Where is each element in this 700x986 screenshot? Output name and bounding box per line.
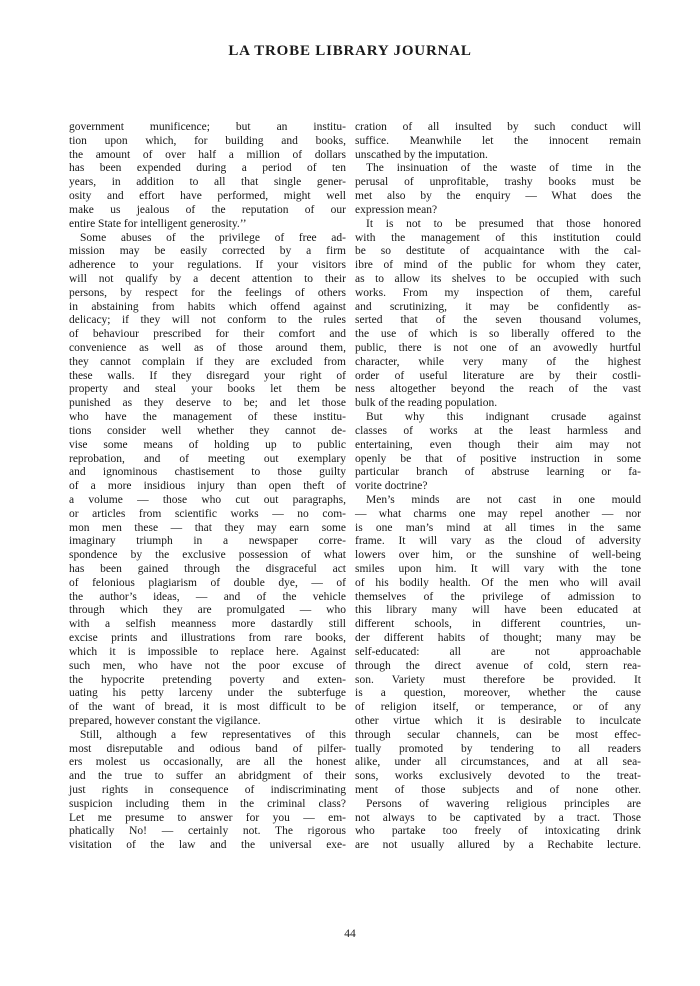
text-line: reprobation, and of meeting out exemplar… (69, 453, 346, 467)
text-line: with the management of this institution … (355, 232, 641, 246)
text-line: vorite doctrine? (355, 480, 641, 494)
text-column-left: government munificence; but an institu-t… (69, 121, 346, 853)
text-line: cration of all insulted by such conduct … (355, 121, 641, 135)
text-line: a volume — those who cut out paragraphs, (69, 494, 346, 508)
text-line: be so destitute of acquaintance with the… (355, 245, 641, 259)
text-line: bulk of the reading population. (355, 397, 641, 411)
text-line: prepared, however constant the vigilance… (69, 715, 346, 729)
page-number: 44 (0, 928, 700, 940)
text-line: lowers over him, or the sunshine of well… (355, 549, 641, 563)
text-line: uating his petty larceny under the subte… (69, 687, 346, 701)
text-line: unscathed by the imputation. (355, 149, 641, 163)
text-line: themselves of the privilege of admission… (355, 591, 641, 605)
text-line: ment of those subjects and of none other… (355, 784, 641, 798)
text-line: ibre of mind of the public for whom they… (355, 259, 641, 273)
text-line: suffice. Meanwhile let the innocent rema… (355, 135, 641, 149)
text-line: who have the management of these institu… (69, 411, 346, 425)
text-line: just rights in consequence of indiscrimi… (69, 784, 346, 798)
text-line: met also by the enquiry — What does the (355, 190, 641, 204)
text-line: of religion itself, or temperance, or of… (355, 701, 641, 715)
text-line: delicacy; if they will not conform to th… (69, 314, 346, 328)
text-line: vise some means of holding up to public (69, 439, 346, 453)
text-line: But why this indignant crusade against (355, 411, 641, 425)
text-line: convenience as well as of those around t… (69, 342, 346, 356)
text-line: visitation of the law and the universal … (69, 839, 346, 853)
text-line: in abstaining from habits which offend a… (69, 301, 346, 315)
text-line: through secular channels, can be most ef… (355, 729, 641, 743)
text-line: Some abuses of the privilege of free ad- (69, 232, 346, 246)
text-line: public, there is not one of an avowedly … (355, 342, 641, 356)
text-line: and ignominous chastisement to those gui… (69, 466, 346, 480)
journal-title: LA TROBE LIBRARY JOURNAL (0, 43, 700, 60)
text-line: self-educated: all are not approachable (355, 646, 641, 660)
text-line: property and steal your books let them b… (69, 383, 346, 397)
text-line: of the want of bread, it is most difficu… (69, 701, 346, 715)
text-line: entertaining, even though their aim may … (355, 439, 641, 453)
text-line: make us jealous of the reputation of our (69, 204, 346, 218)
text-line: which it is impossible to replace here. … (69, 646, 346, 660)
text-line: of felonious plagiarism of double dye, —… (69, 577, 346, 591)
text-line: ers molest us occasionally, are all the … (69, 756, 346, 770)
text-line: and the true to suffer an abridgment of … (69, 770, 346, 784)
text-line: government munificence; but an institu- (69, 121, 346, 135)
text-line: character, while very many of the highes… (355, 356, 641, 370)
text-line: is one man’s mind at all times in the sa… (355, 522, 641, 536)
text-line: sons, works exclusively devoted to the t… (355, 770, 641, 784)
text-line: order of useful literature are by their … (355, 370, 641, 384)
text-line: different schools, in different countrie… (355, 618, 641, 632)
text-column-right: cration of all insulted by such conduct … (355, 121, 641, 853)
text-line: imaginary triumph in a newspaper corre- (69, 535, 346, 549)
text-line: through the direct avenue of cold, stern… (355, 660, 641, 674)
text-line: the author’s ideas, — and of the vehicle (69, 591, 346, 605)
text-line: are not usually allured by a Rechabite l… (355, 839, 641, 853)
text-line: Men’s minds are not cast in one mould (355, 494, 641, 508)
text-line: these walls. If they disregard your righ… (69, 370, 346, 384)
text-line: years, in addition to all that single ge… (69, 176, 346, 190)
text-line: this library many will have been educate… (355, 604, 641, 618)
text-line: excise prints and illustrations from rar… (69, 632, 346, 646)
text-line: who partake too freely of intoxicating d… (355, 825, 641, 839)
text-line: of behaviour prescribed for their comfor… (69, 328, 346, 342)
text-line: serted that of the seven thousand volume… (355, 314, 641, 328)
text-line: mission may be easily corrected by a fir… (69, 245, 346, 259)
text-line: mon men these — that they may earn some (69, 522, 346, 536)
text-line: alike, under all circumstances, and at a… (355, 756, 641, 770)
text-line: has been expended during a period of ten (69, 162, 346, 176)
text-line: as to allow its shelves to be occupied w… (355, 273, 641, 287)
text-line: suspicion including them in the criminal… (69, 798, 346, 812)
text-line: The insinuation of the waste of time in … (355, 162, 641, 176)
text-line: is a question, moreover, whether the cau… (355, 687, 641, 701)
text-line: ness altogether beyond the reach of the … (355, 383, 641, 397)
text-line: works. From my inspection of them, caref… (355, 287, 641, 301)
text-line: the amount of over half a million of dol… (69, 149, 346, 163)
text-line: will not qualify by a decent attention t… (69, 273, 346, 287)
text-line: osity and effort have performed, might w… (69, 190, 346, 204)
text-line: Still, although a few representatives of… (69, 729, 346, 743)
text-line: frame. It will vary as the cloud of adve… (355, 535, 641, 549)
text-line: son. Variety must therefore be provided.… (355, 674, 641, 688)
text-line: with a selfish meanness more dastardly s… (69, 618, 346, 632)
text-line: not always to be captivated by a tract. … (355, 812, 641, 826)
text-line: they cannot complain if they are exclude… (69, 356, 346, 370)
text-line: other virtue which it is desirable to in… (355, 715, 641, 729)
text-line: adherence to your regulations. If your v… (69, 259, 346, 273)
text-line: smiles upon him. It will vary with the t… (355, 563, 641, 577)
text-line: and scrutinizing, it may be confidently … (355, 301, 641, 315)
text-line: spondence by the exclusive possession of… (69, 549, 346, 563)
text-line: particular branch of abstruse learning o… (355, 466, 641, 480)
text-line: has been gained through the disgraceful … (69, 563, 346, 577)
text-line: der different habits of thought; many ma… (355, 632, 641, 646)
text-line: phatically No! — certainly not. The rigo… (69, 825, 346, 839)
text-line: classes of works at the least harmless a… (355, 425, 641, 439)
page-text-block: government munificence; but an institu-t… (69, 121, 641, 853)
text-line: punished as they deserve to be; and let … (69, 397, 346, 411)
text-line: or articles from scientific works — no c… (69, 508, 346, 522)
text-line: entire State for intelligent generosity.… (69, 218, 346, 232)
text-line: such men, who have not the poor excuse o… (69, 660, 346, 674)
text-line: tion upon which, for building and books, (69, 135, 346, 149)
text-line: the use of which is so liberally offered… (355, 328, 641, 342)
text-line: It is not to be presumed that those hono… (355, 218, 641, 232)
text-line: most disreputable and odious band of pil… (69, 743, 346, 757)
text-line: perusal of unprofitable, trashy books mu… (355, 176, 641, 190)
text-line: persons, by respect for the feelings of … (69, 287, 346, 301)
text-line: Let me presume to answer for you — em- (69, 812, 346, 826)
text-line: through which they are promulgated — who (69, 604, 346, 618)
text-line: the hypocrite pretending poverty and ext… (69, 674, 346, 688)
text-line: tually promoted by tendering to all read… (355, 743, 641, 757)
text-line: tions consider well whether they cannot … (69, 425, 346, 439)
text-line: expression mean? (355, 204, 641, 218)
text-line: of his bodily health. Of the men who wil… (355, 577, 641, 591)
text-line: Persons of wavering religious principles… (355, 798, 641, 812)
text-line: — what charms one may repel another — no… (355, 508, 641, 522)
text-line: openly be that of positive instruction i… (355, 453, 641, 467)
text-line: of a more insidious injury than open the… (69, 480, 346, 494)
